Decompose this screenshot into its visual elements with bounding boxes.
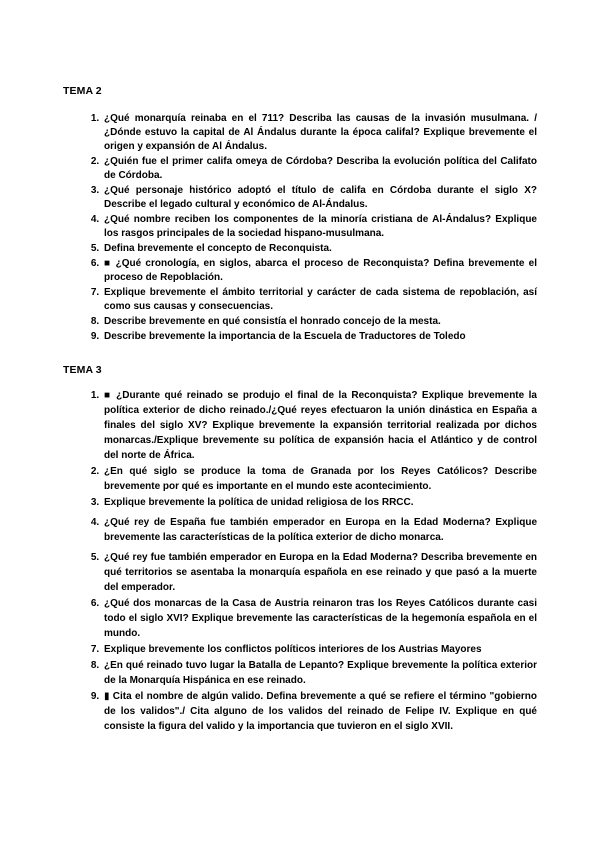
tema3-question-4: ¿Qué rey de España fue también emperador… (102, 515, 537, 545)
tema3-question-6: ¿Qué dos monarcas de la Casa de Austria … (102, 596, 537, 641)
tema2-question-9: Describe brevemente la importancia de la… (102, 330, 537, 344)
tema3-question-5: ¿Qué rey fue también emperador en Europa… (102, 550, 537, 595)
tema2-question-3: ¿Qué personaje histórico adoptó el títul… (102, 184, 537, 212)
tema3-question-list: ■ ¿Durante qué reinado se produjo el fin… (63, 388, 537, 734)
tema2-question-2: ¿Quién fue el primer califa omeya de Cór… (102, 155, 537, 183)
tema3-question-8: ¿En qué reinado tuvo lugar la Batalla de… (102, 658, 537, 688)
tema2-section: TEMA 2 ¿Qué monarquía reinaba en el 711?… (63, 85, 537, 344)
tema2-question-1: ¿Qué monarquía reinaba en el 711? Descri… (102, 112, 537, 154)
document-content: TEMA 2 ¿Qué monarquía reinaba en el 711?… (63, 85, 537, 735)
tema2-question-4: ¿Qué nombre reciben los componentes de l… (102, 213, 537, 241)
tema2-question-5: Defina brevemente el concepto de Reconqu… (102, 242, 537, 256)
tema2-question-list: ¿Qué monarquía reinaba en el 711? Descri… (63, 112, 537, 344)
tema2-question-7: Explique brevemente el ámbito territoria… (102, 286, 537, 314)
tema2-question-8: Describe brevemente en qué consistía el … (102, 315, 537, 329)
tema3-question-3: Explique brevemente la política de unida… (102, 495, 537, 510)
tema3-question-7: Explique brevemente los conflictos polít… (102, 642, 537, 657)
tema3-question-2: ¿En qué siglo se produce la toma de Gran… (102, 464, 537, 494)
section-title-tema2: TEMA 2 (63, 85, 537, 97)
document-page: TEMA 2 ¿Qué monarquía reinaba en el 711?… (0, 0, 599, 848)
tema2-question-6: ■ ¿Qué cronología, en siglos, abarca el … (102, 257, 537, 285)
tema3-question-9: ▮ Cita el nombre de algún valido. Defina… (102, 689, 537, 734)
tema3-question-1: ■ ¿Durante qué reinado se produjo el fin… (102, 388, 537, 463)
section-title-tema3: TEMA 3 (63, 364, 537, 376)
tema3-section: TEMA 3 ■ ¿Durante qué reinado se produjo… (63, 364, 537, 734)
